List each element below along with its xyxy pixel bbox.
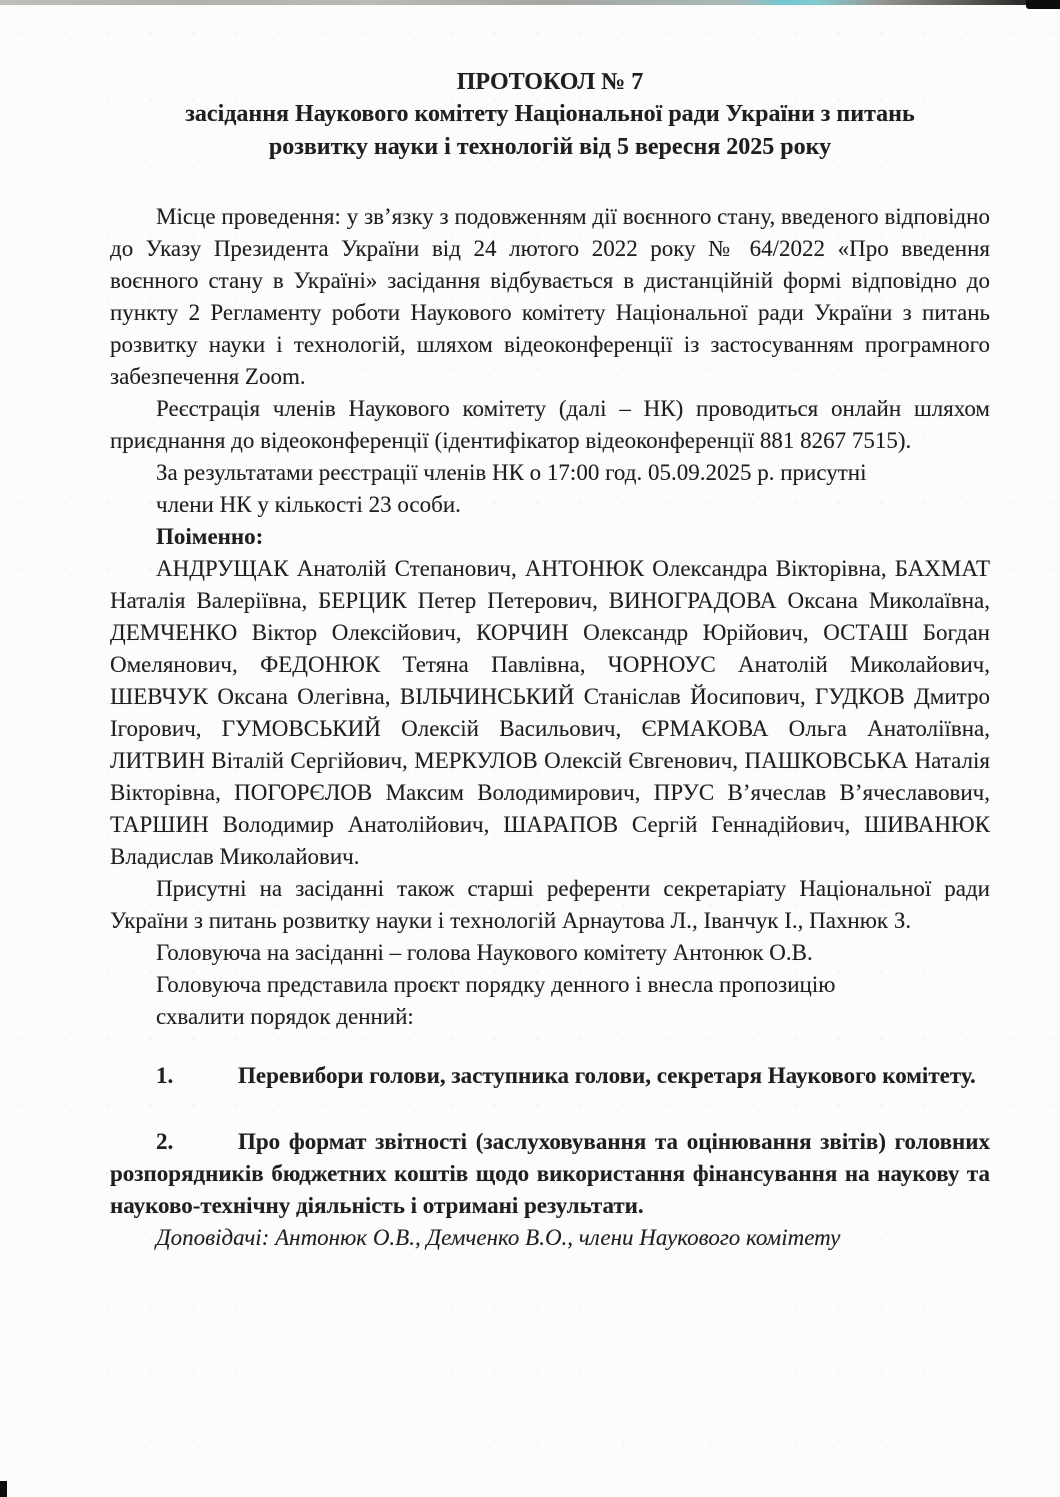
paragraph-chair: Головуюча на засіданні – голова Науковог… (110, 937, 990, 969)
agenda-item-2-speakers: Доповідачі: Антонюк О.В., Демченко В.О.,… (110, 1222, 990, 1254)
paragraph-registration-results-line2: члени НК у кількості 23 особи. (110, 489, 990, 521)
agenda-item-1-text: Перевибори голови, заступника голови, се… (238, 1063, 976, 1088)
document-subtitle-line1: засідання Наукового комітету Національно… (110, 98, 990, 131)
paragraph-registration-results-line1: За результатами реєстрації членів НК о 1… (110, 457, 990, 489)
paragraph-registration: Реєстрація членів Наукового комітету (да… (110, 393, 990, 457)
paragraph-also-present: Присутні на засіданні також старші рефер… (110, 873, 990, 937)
scan-artifact-bottom-left-corner (0, 1481, 7, 1497)
paragraph-agenda-intro-line1: Головуюча представила проєкт порядку ден… (110, 969, 990, 1001)
agenda-item-2-text: Про формат звітності (заслуховування та … (110, 1129, 990, 1218)
paragraph-agenda-intro-line2: схвалити порядок денний: (110, 1001, 990, 1033)
scanned-protocol-page: ПРОТОКОЛ № 7 засідання Наукового комітет… (0, 0, 1060, 1497)
scan-artifact-top-edge (0, 0, 1060, 5)
agenda-item-2-number: 2. (156, 1126, 238, 1158)
agenda-item-2: 2.Про формат звітності (заслуховування т… (110, 1126, 990, 1222)
document-content: ПРОТОКОЛ № 7 засідання Наукового комітет… (110, 66, 990, 1254)
document-title: ПРОТОКОЛ № 7 (110, 66, 990, 98)
scan-artifact-top-right-corner (1026, 0, 1060, 9)
scan-artifact-left-edge (0, 0, 3, 1497)
document-subtitle-line2: розвитку науки і технологій від 5 вересн… (110, 131, 990, 164)
agenda-item-1-number: 1. (156, 1060, 238, 1092)
paragraph-venue: Місце проведення: у зв’язку з подовження… (110, 201, 990, 393)
document-subtitle: засідання Наукового комітету Національно… (110, 98, 990, 164)
paragraph-members-list: АНДРУЩАК Анатолій Степанович, АНТОНЮК Ол… (110, 553, 990, 873)
by-name-label: Поіменно: (110, 521, 990, 553)
agenda-item-1: 1.Перевибори голови, заступника голови, … (110, 1060, 990, 1092)
